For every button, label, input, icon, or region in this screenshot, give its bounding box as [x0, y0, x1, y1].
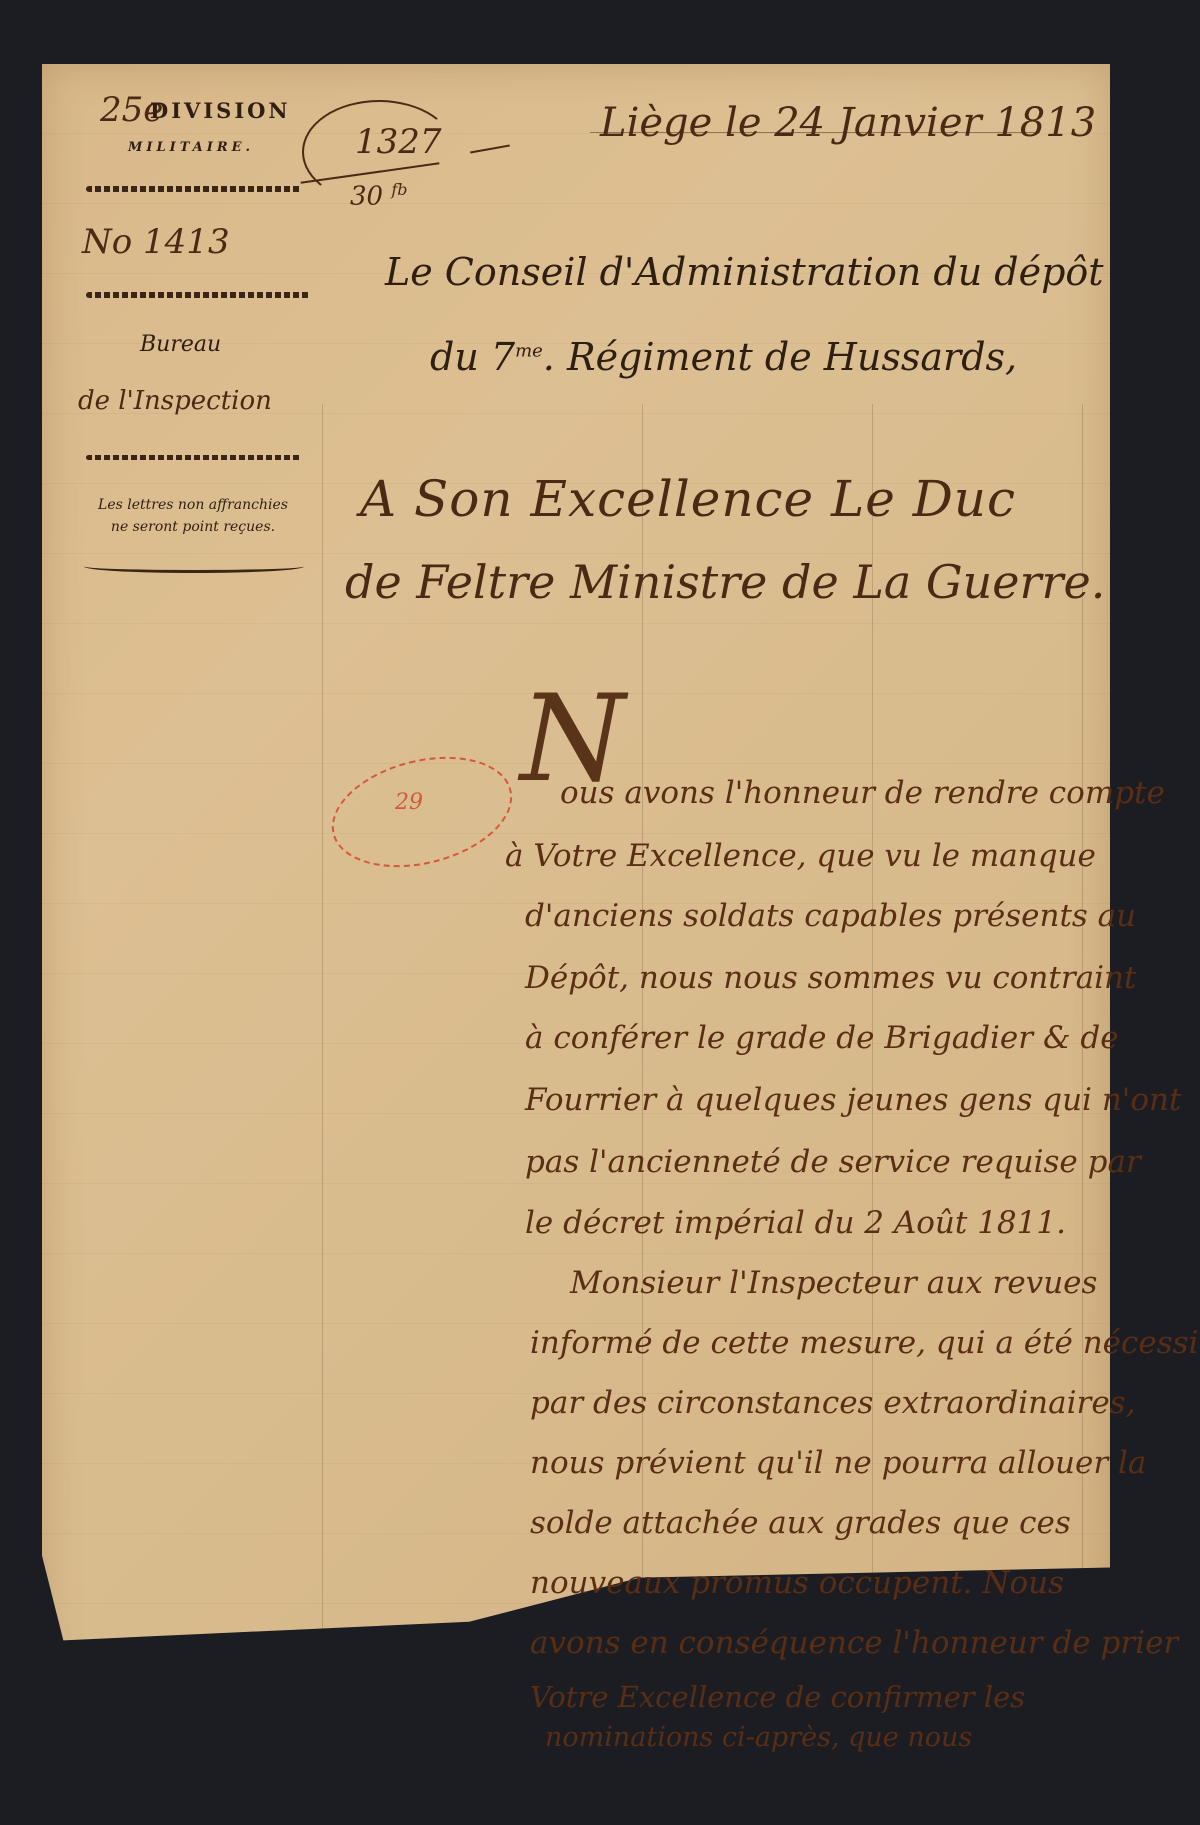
dateline: Liège le 24 Janvier 1813 [600, 100, 1096, 146]
ornamental-rule [86, 455, 302, 460]
body-line: à Votre Excellence, que vu le manque [505, 838, 1096, 874]
body-line: ous avons l'honneur de rendre compte [560, 775, 1165, 811]
body-line: nouveaux promus occupent. Nous [530, 1565, 1064, 1601]
numero-label: No [82, 222, 132, 262]
bureau-label: Bureau [140, 332, 221, 357]
ornamental-rule [86, 186, 302, 192]
ornamental-rule [86, 292, 310, 298]
body-line: pas l'ancienneté de service requise par [525, 1144, 1141, 1180]
body-line: le décret impérial du 2 Août 1811. [525, 1205, 1066, 1241]
numero: No 1413 [82, 222, 230, 262]
notice-line: Les lettres non affranchies [78, 494, 308, 516]
body-line: informé de cette mesure, qui a été néces… [530, 1325, 1200, 1361]
reference-denominator: 30 fb [350, 180, 408, 212]
stamp-text: 29 [395, 790, 423, 815]
division-title: DIVISION [150, 98, 291, 123]
flourish-rule [84, 560, 304, 573]
body-line: nous prévient qu'il ne pourra allouer la [530, 1445, 1146, 1481]
postage-notice: Les lettres non affranchies ne seront po… [78, 494, 308, 538]
notice-line: ne seront point reçues. [78, 516, 308, 538]
body-line: d'anciens soldats capables présents au [525, 898, 1136, 934]
body-line: par des circonstances extraordinaires, [530, 1385, 1135, 1421]
body-line: solde attachée aux grades que ces [530, 1505, 1071, 1541]
body-line: avons en conséquence l'honneur de prier [530, 1625, 1178, 1661]
body-line: Monsieur l'Inspecteur aux revues [570, 1265, 1097, 1301]
body-line: Dépôt, nous nous sommes vu contraint [525, 960, 1136, 996]
body-line: Votre Excellence de confirmer les [530, 1680, 1025, 1714]
sender-line-1: Le Conseil d'Administration du dépôt [385, 250, 1104, 294]
division-subtitle: MILITAIRE. [128, 140, 254, 155]
reference-number: 1327 [355, 122, 442, 162]
bureau-name: de l'Inspection [78, 386, 272, 416]
recipient-line-2: de Feltre Ministre de La Guerre. [345, 555, 1105, 609]
recipient-line-1: A Son Excellence Le Duc [360, 470, 1016, 528]
numero-value: 1413 [143, 222, 230, 262]
ruling-line [322, 404, 323, 1704]
sender-line-2: du 7me. Régiment de Hussards, [430, 335, 1017, 379]
body-line: nominations ci-après, que nous [545, 1722, 972, 1753]
body-line: Fourrier à quelques jeunes gens qui n'on… [525, 1082, 1181, 1118]
body-line: à conférer le grade de Brigadier & de [525, 1020, 1119, 1056]
